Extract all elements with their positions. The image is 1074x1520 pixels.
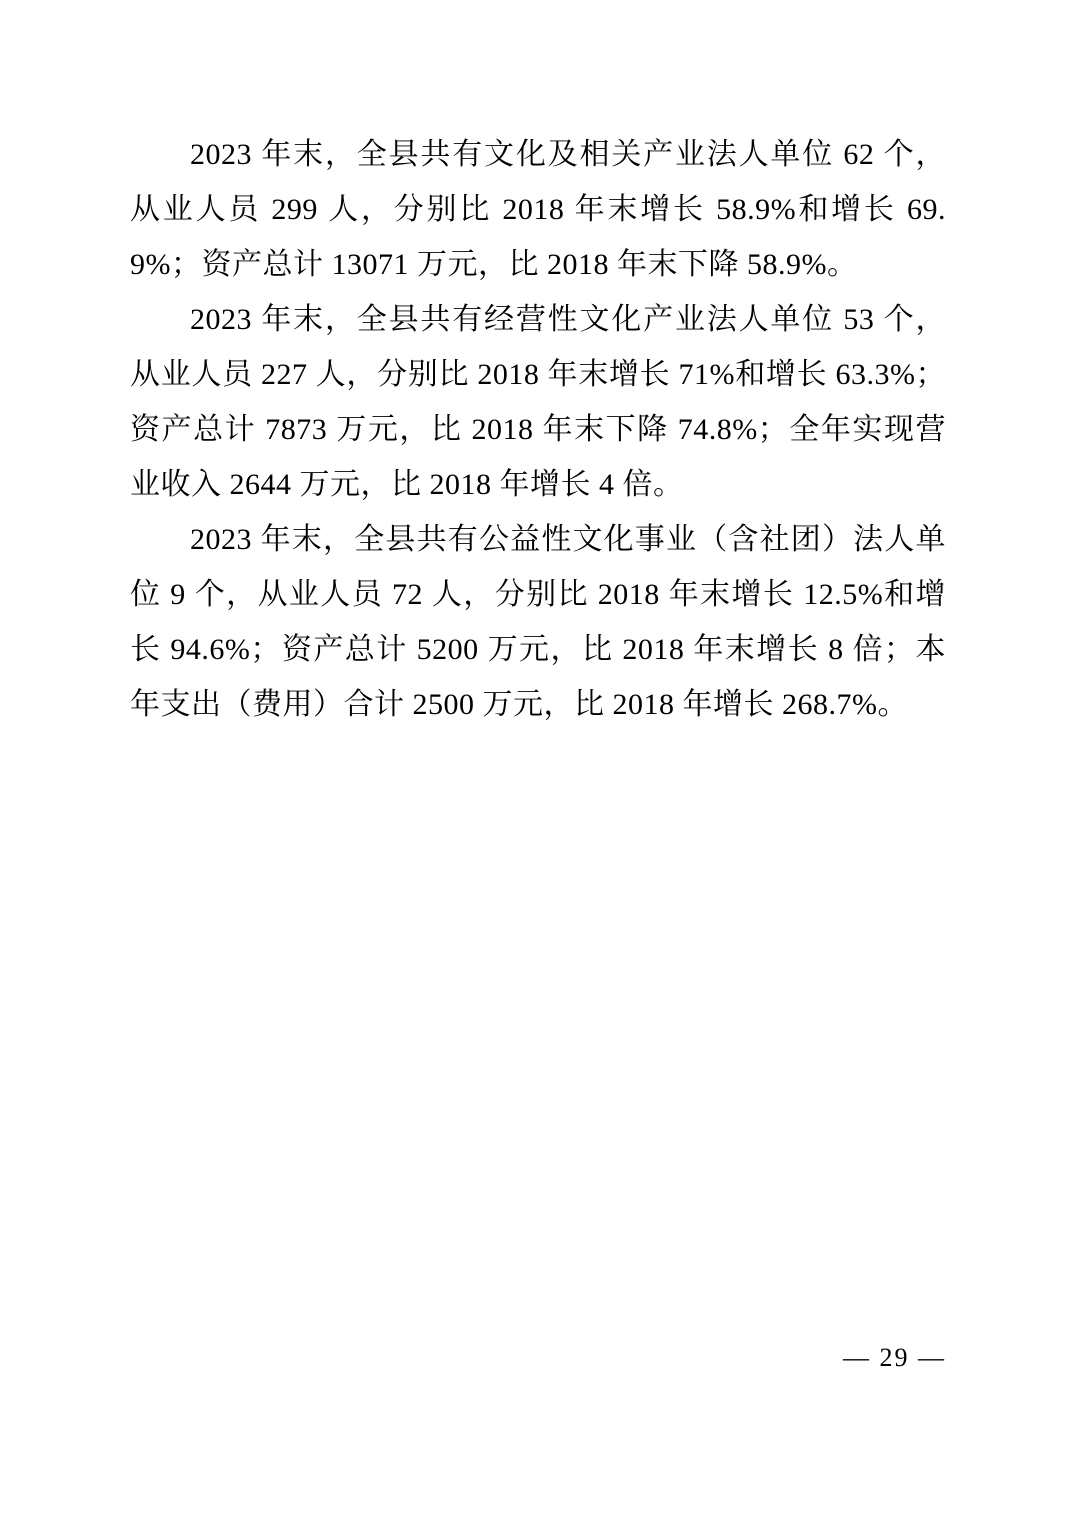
document-page: 2023 年末，全县共有文化及相关产业法人单位 62 个，从业人员 299 人，… [0, 0, 1074, 1520]
page-number: — 29 — [843, 1343, 946, 1373]
body-paragraph: 2023 年末，全县共有公益性文化事业（含社团）法人单位 9 个，从业人员 72… [130, 512, 946, 732]
body-paragraph: 2023 年末，全县共有文化及相关产业法人单位 62 个，从业人员 299 人，… [130, 127, 946, 292]
body-paragraph: 2023 年末，全县共有经营性文化产业法人单位 53 个，从业人员 227 人，… [130, 292, 946, 512]
page-body: 2023 年末，全县共有文化及相关产业法人单位 62 个，从业人员 299 人，… [130, 127, 946, 732]
